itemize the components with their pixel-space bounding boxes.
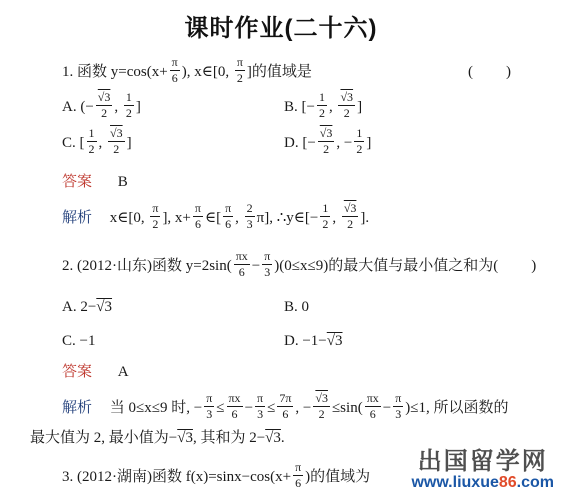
answer-value: B [118, 174, 128, 190]
math-token: . [281, 430, 285, 446]
fraction-denominator: 2 [126, 106, 132, 120]
answer-label: 答案 [62, 174, 92, 190]
fraction-numerator: √3 [338, 91, 355, 106]
fraction-numerator: π [235, 56, 245, 71]
fraction-numerator: 1 [124, 91, 134, 106]
fraction-denominator: 2 [152, 217, 158, 231]
fraction-denominator: 3 [206, 407, 212, 421]
math-token: )(0≤x≤9)的最大值与最小值之和为 [274, 258, 493, 274]
fraction-numerator: √3 [96, 91, 113, 106]
watermark: 出国留学网 www.liuxue86.com [411, 449, 554, 491]
fraction-numerator: 7π [277, 392, 293, 407]
math-token: )≤1, 所以函数的 [405, 400, 508, 416]
question-1-analysis: 解析 x∈[0, π2], x+π6∈[π6, 23π], ∴y∈[−12, √… [62, 201, 562, 235]
watermark-url-prefix: www.liuxue [411, 474, 498, 491]
fraction-denominator: 6 [295, 476, 301, 490]
math-token: )的值域为 [305, 469, 370, 485]
fraction: 7π6 [277, 392, 293, 420]
fraction-numerator: π [262, 250, 272, 265]
fraction-denominator: 6 [172, 71, 178, 85]
fraction: π3 [204, 392, 214, 420]
math-token: − [252, 258, 260, 274]
fraction-numerator: √3 [342, 202, 359, 217]
fraction-numerator: π [150, 202, 160, 217]
watermark-url-number: 86 [499, 474, 517, 491]
math-token: ), x∈[0, [182, 64, 233, 80]
math-token: D. −1− [284, 333, 327, 349]
fraction-denominator: 2 [323, 142, 329, 156]
fraction-numerator: 2 [245, 202, 255, 217]
math-token: ], x+ [162, 210, 190, 226]
math-token: , [99, 135, 107, 151]
question-2-answer: 答案 A [62, 362, 562, 382]
question-2-options-row-2: C. −1 D. −1−√3 [62, 331, 562, 351]
fraction-denominator: 2 [319, 407, 325, 421]
math-token: ] [136, 99, 141, 115]
fraction-denominator: 6 [282, 407, 288, 421]
fraction-numerator: 1 [354, 127, 364, 142]
watermark-brand: 出国留学网 [411, 449, 554, 474]
fraction: πx6 [365, 392, 381, 420]
question-1-options-row-1: A. (−√32, 12] B. [−12, √32] [62, 89, 562, 125]
fraction-numerator: πx [227, 392, 243, 407]
fraction-denominator: 2 [237, 71, 243, 85]
fraction: 23 [245, 202, 255, 230]
math-token: ≤ [267, 400, 275, 416]
fraction-numerator: π [204, 392, 214, 407]
fraction: √32 [318, 127, 335, 155]
fraction-denominator: 6 [239, 265, 245, 279]
fraction-denominator: 2 [347, 217, 353, 231]
fraction-denominator: 2 [319, 106, 325, 120]
option-d: D. [−√32, −12] [284, 125, 506, 161]
fraction-denominator: 2 [113, 142, 119, 156]
fraction: π3 [262, 250, 272, 278]
watermark-url-suffix: .com [517, 474, 554, 491]
math-token: 1. 函数 y=cos(x+ [62, 64, 168, 80]
fraction: √32 [342, 202, 359, 230]
fraction: √32 [108, 127, 125, 155]
math-token: ] [127, 135, 132, 151]
math-token: ≤ [216, 400, 224, 416]
watermark-url: www.liuxue86.com [411, 474, 554, 491]
question-1-options-row-2: C. [12, √32] D. [−√32, −12] [62, 125, 562, 161]
question-1: 1. 函数 y=cos(x+π6), x∈[0, π2]的值域是 ( ) [62, 55, 512, 89]
math-token: , 其和为 2− [193, 430, 265, 446]
answer-value: A [118, 364, 129, 380]
sqrt-token: √3 [177, 430, 193, 446]
fraction: 12 [317, 91, 327, 119]
analysis-text: x∈[0, π2], x+π6∈[π6, 23π], ∴y∈[−12, √32]… [110, 210, 369, 226]
sqrt-token: √3 [265, 430, 281, 446]
fraction-numerator: πx [234, 250, 250, 265]
answer-label: 答案 [62, 364, 92, 380]
math-token: A. (− [62, 99, 94, 115]
question-1-answer: 答案 B [62, 172, 562, 192]
option-c: C. [12, √32] [62, 125, 284, 161]
fraction: π6 [293, 461, 303, 489]
fraction-denominator: 2 [356, 142, 362, 156]
math-token: , − [295, 400, 311, 416]
question-2-analysis-continued: 最大值为 2, 最小值为−√3, 其和为 2−√3. [30, 428, 562, 448]
fraction: 12 [354, 127, 364, 155]
math-token: ∈[ [205, 210, 221, 226]
analysis-text: 当 0≤x≤9 时, −π3≤πx6−π3≤7π6, −√32≤sin(πx6−… [110, 400, 509, 416]
fraction-denominator: 2 [322, 217, 328, 231]
math-token: ]的值域是 [247, 64, 312, 80]
fraction-denominator: 3 [257, 407, 263, 421]
sqrt-token: √3 [327, 333, 343, 349]
math-token: C. [ [62, 135, 85, 151]
fraction: π6 [223, 202, 233, 230]
math-token: C. −1 [62, 333, 95, 349]
fraction: πx6 [234, 250, 250, 278]
fraction-denominator: 2 [89, 142, 95, 156]
math-token: ]. [360, 210, 369, 226]
math-token: ] [366, 135, 371, 151]
math-token: ≤sin( [332, 400, 363, 416]
page-title: 课时作业(二十六) [0, 8, 562, 43]
sqrt-token: √3 [96, 299, 112, 315]
fraction-numerator: 1 [317, 91, 327, 106]
fraction: π6 [193, 202, 203, 230]
math-token: , [235, 210, 243, 226]
fraction-denominator: 3 [247, 217, 253, 231]
fraction-denominator: 3 [395, 407, 401, 421]
fraction-numerator: 1 [320, 202, 330, 217]
answer-blank-parens: ( ) [493, 258, 537, 274]
fraction-numerator: √3 [318, 127, 335, 142]
math-token: A. 2− [62, 299, 96, 315]
math-token: , [332, 210, 340, 226]
fraction: π3 [255, 392, 265, 420]
fraction-denominator: 6 [195, 217, 201, 231]
option-b: B. 0 [284, 297, 506, 317]
math-token: − [245, 400, 253, 416]
fraction: π6 [170, 56, 180, 84]
fraction-numerator: √3 [313, 392, 330, 407]
analysis-label: 解析 [62, 210, 92, 226]
fraction-denominator: 2 [101, 106, 107, 120]
fraction-denominator: 6 [370, 407, 376, 421]
fraction-numerator: π [223, 202, 233, 217]
fraction: 12 [320, 202, 330, 230]
fraction-numerator: π [293, 461, 303, 476]
math-token: , [329, 99, 337, 115]
fraction-denominator: 6 [225, 217, 231, 231]
option-d: D. −1−√3 [284, 331, 506, 351]
math-token: , [114, 99, 122, 115]
fraction-numerator: √3 [108, 127, 125, 142]
math-token: D. [− [284, 135, 316, 151]
worksheet-page: 课时作业(二十六) 1. 函数 y=cos(x+π6), x∈[0, π2]的值… [0, 0, 562, 491]
math-token: B. [− [284, 99, 315, 115]
math-token: 当 0≤x≤9 时, − [110, 400, 202, 416]
option-c: C. −1 [62, 331, 284, 351]
math-token: 3. (2012·湖南)函数 f(x)=sinx−cos(x+ [62, 469, 291, 485]
question-2-analysis: 解析 当 0≤x≤9 时, −π3≤πx6−π3≤7π6, −√32≤sin(π… [62, 391, 562, 425]
option-a: A. 2−√3 [62, 297, 284, 317]
fraction: π2 [235, 56, 245, 84]
answer-blank-parens: ( ) [468, 55, 512, 89]
option-b: B. [−12, √32] [284, 89, 506, 125]
fraction: πx6 [227, 392, 243, 420]
fraction: 12 [124, 91, 134, 119]
fraction: π2 [150, 202, 160, 230]
option-a: A. (−√32, 12] [62, 89, 284, 125]
fraction-numerator: π [393, 392, 403, 407]
fraction-numerator: π [255, 392, 265, 407]
math-token: 最大值为 2, 最小值为− [30, 430, 177, 446]
math-token: ] [357, 99, 362, 115]
fraction: √32 [338, 91, 355, 119]
math-token: π], ∴y∈[− [257, 210, 319, 226]
fraction-denominator: 6 [232, 407, 238, 421]
question-2: 2. (2012·山东)函数 y=2sin(πx6−π3)(0≤x≤9)的最大值… [62, 249, 562, 283]
fraction: 12 [87, 127, 97, 155]
fraction: √32 [313, 392, 330, 420]
fraction-denominator: 2 [344, 106, 350, 120]
fraction-numerator: π [193, 202, 203, 217]
fraction: π3 [393, 392, 403, 420]
math-token: − [383, 400, 391, 416]
math-token: , − [336, 135, 352, 151]
fraction-denominator: 3 [264, 265, 270, 279]
analysis-label: 解析 [62, 400, 92, 416]
math-token: x∈[0, [110, 210, 149, 226]
fraction-numerator: πx [365, 392, 381, 407]
math-token: B. 0 [284, 299, 309, 315]
fraction-numerator: π [170, 56, 180, 71]
math-token: 2. (2012·山东)函数 y=2sin( [62, 258, 232, 274]
question-2-options-row-1: A. 2−√3 B. 0 [62, 297, 562, 317]
question-1-text: 1. 函数 y=cos(x+π6), x∈[0, π2]的值域是 [62, 55, 312, 89]
fraction-numerator: 1 [87, 127, 97, 142]
fraction: √32 [96, 91, 113, 119]
